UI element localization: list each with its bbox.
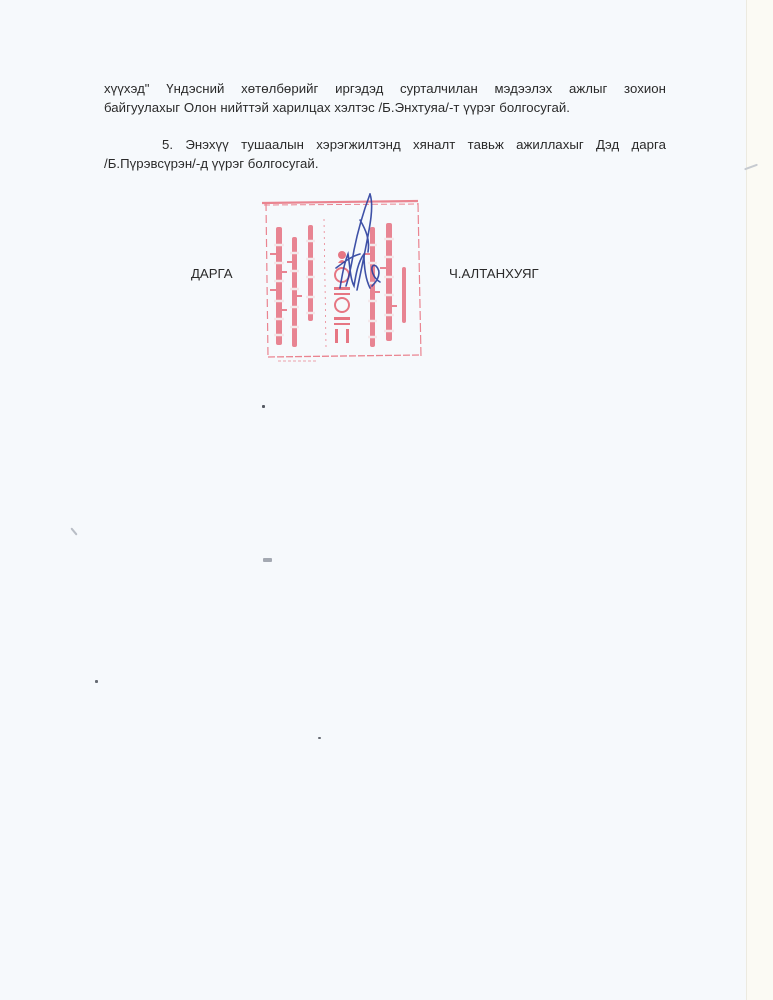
signatory-name: Ч.АЛТАНХУЯГ bbox=[449, 266, 539, 281]
scan-speck bbox=[95, 680, 98, 683]
paragraph-5: 5. Энэхүү тушаалын хэрэгжилтэнд хяналт т… bbox=[104, 136, 666, 173]
scan-speck bbox=[318, 737, 321, 739]
paragraph-line: /Б.Пүрэвсүрэн/-д үүрэг болгосугай. bbox=[104, 155, 666, 174]
paragraph-line: хүүхэд" Үндэсний хөтөлбөрийг иргэдэд сур… bbox=[104, 80, 666, 99]
paragraph-line: байгуулахыг Олон нийттэй харилцах хэлтэс… bbox=[104, 99, 666, 118]
scan-speck bbox=[262, 405, 265, 408]
paragraph-line: 5. Энэхүү тушаалын хэрэгжилтэнд хяналт т… bbox=[104, 136, 666, 155]
signatory-title: ДАРГА bbox=[191, 266, 233, 281]
scan-edge-strip bbox=[746, 0, 773, 1000]
handwritten-signature-icon bbox=[330, 190, 390, 305]
scan-speck bbox=[263, 558, 272, 562]
paragraph-4-continuation: хүүхэд" Үндэсний хөтөлбөрийг иргэдэд сур… bbox=[104, 80, 666, 117]
